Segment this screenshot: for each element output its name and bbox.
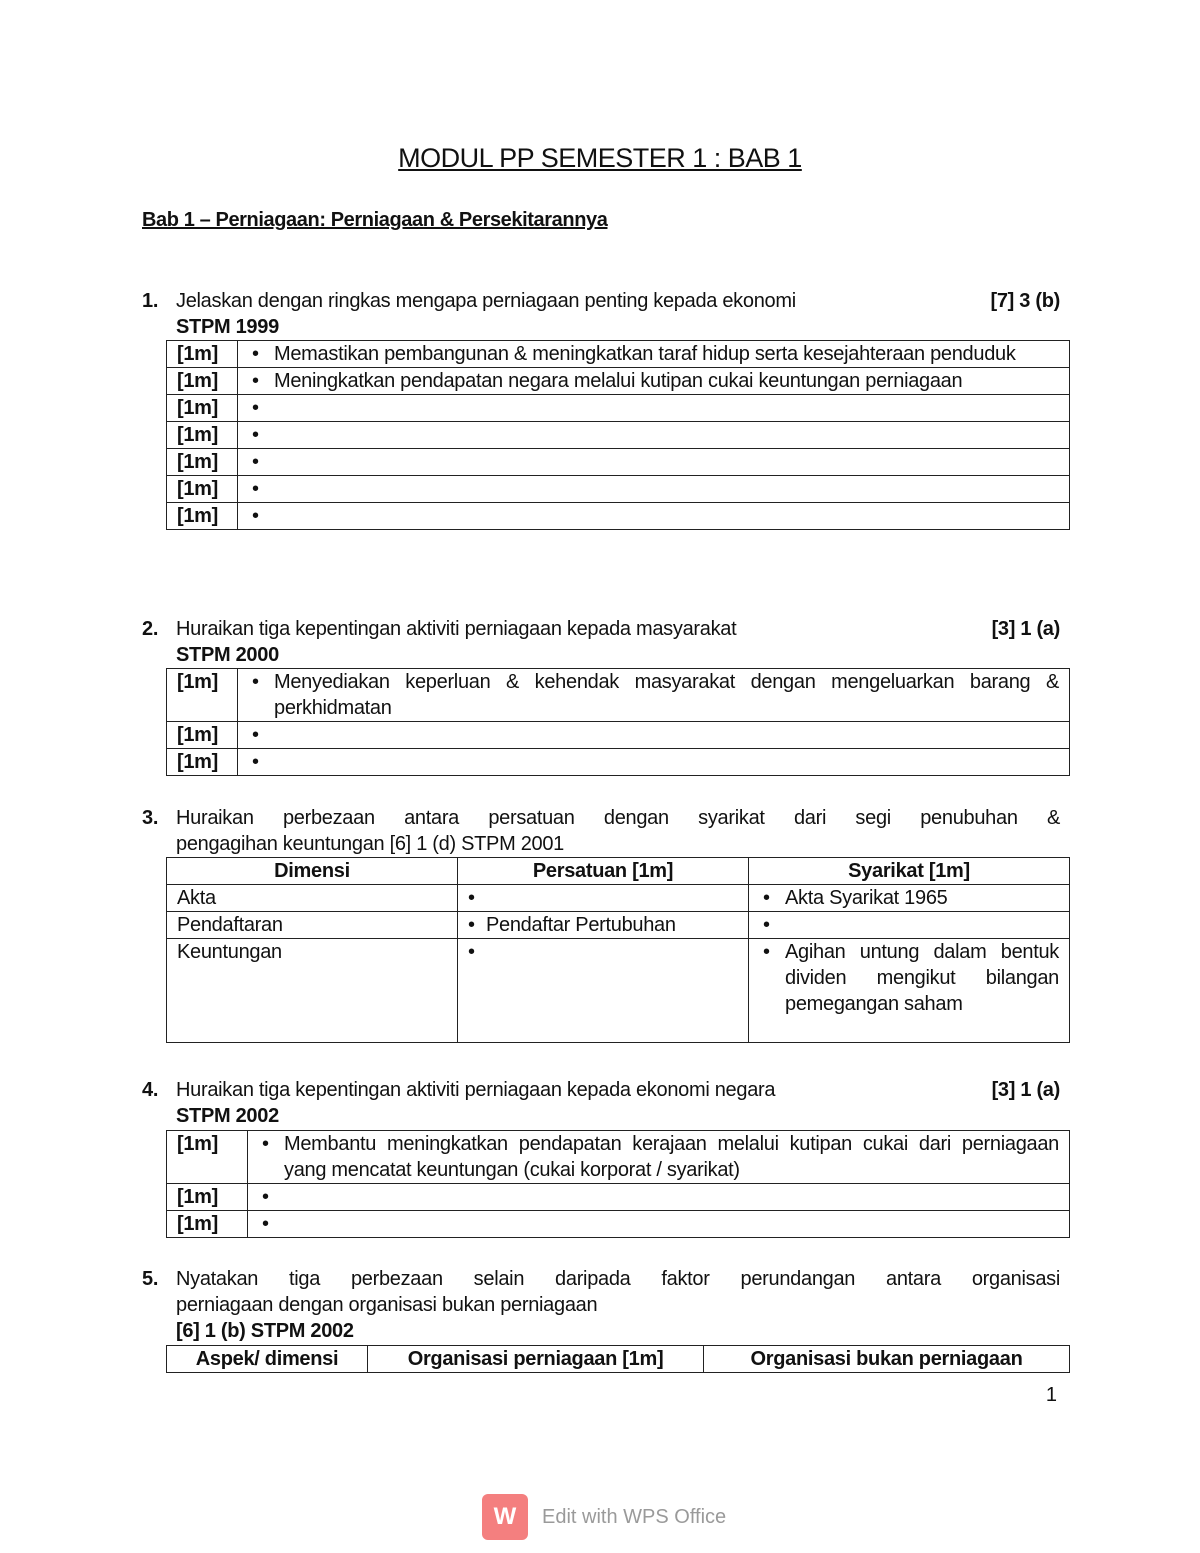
question-text-line2: pengagihan keuntungan [6] 1 (d) STPM 200… [176,831,1060,857]
mark-cell: [1m] [167,1211,248,1238]
question-ref: [7] 3 (b) [990,288,1060,314]
answer-cell: • [238,503,1070,530]
bullet-icon: • [252,749,274,775]
dimension-cell: Pendaftaran [167,912,458,939]
syarikat-cell: • [749,912,1070,939]
document-page: MODUL PP SEMESTER 1 : BAB 1 Bab 1 – Pern… [0,0,1200,1553]
table-row: [1m]•Meningkatkan pendapatan negara mela… [167,368,1070,395]
answer-cell: •Meningkatkan pendapatan negara melalui … [238,368,1070,395]
column-header: Dimensi [167,858,458,885]
table-row: [1m]•Memastikan pembangunan & meningkatk… [167,341,1070,368]
mark-cell: [1m] [167,449,238,476]
table-row: [1m]• [167,422,1070,449]
answer-cell: • [248,1184,1070,1211]
comparison-table-3: DimensiPersatuan [1m]Syarikat [1m]Akta••… [166,857,1070,1043]
table-row: [1m]• [167,449,1070,476]
comparison-table-5: Aspek/ dimensi Organisasi perniagaan [1m… [166,1345,1070,1373]
table-row: [1m]• [167,1184,1070,1211]
bullet-icon: • [252,395,274,421]
mark-cell: [1m] [167,476,238,503]
question-year: STPM 1999 [176,314,1060,340]
question-number: 2. [142,616,158,642]
bullet-icon: • [252,722,274,748]
syarikat-cell: •Agihan untung dalam bentuk dividen meng… [749,939,1070,1043]
bullet-icon: • [252,422,274,448]
question-1: 1. Jelaskan dengan ringkas mengapa perni… [142,288,1060,340]
question-number: 1. [142,288,158,314]
bullet-icon: • [252,503,274,529]
table-row: [1m]• [167,749,1070,776]
answer-cell: •Memastikan pembangunan & meningkatkan t… [238,341,1070,368]
answer-cell: • [238,395,1070,422]
question-3: 3. Huraikan perbezaan antara persatuan d… [142,805,1060,857]
mark-cell: [1m] [167,341,238,368]
answer-table-4: [1m]•Membantu meningkatkan pendapatan ke… [166,1130,1070,1238]
answer-cell: • [248,1211,1070,1238]
document-title: MODUL PP SEMESTER 1 : BAB 1 [0,143,1200,174]
question-text: Huraikan tiga kepentingan aktiviti perni… [176,1077,1060,1103]
bullet-icon: • [252,368,274,394]
table-row: [1m]• [167,395,1070,422]
table-row: [1m]• [167,503,1070,530]
column-header: Persatuan [1m] [458,858,749,885]
question-number: 3. [142,805,158,831]
mark-cell: [1m] [167,1131,248,1184]
mark-cell: [1m] [167,422,238,449]
mark-cell: [1m] [167,503,238,530]
chapter-subtitle: Bab 1 – Perniagaan: Perniagaan & Perseki… [142,209,607,232]
bullet-icon: • [262,1211,284,1237]
question-year: STPM 2000 [176,642,1060,668]
question-2: 2. Huraikan tiga kepentingan aktiviti pe… [142,616,1060,668]
answer-cell: • [238,476,1070,503]
bullet-icon: • [468,912,486,938]
mark-cell: [1m] [167,395,238,422]
answer-cell: • [238,749,1070,776]
answer-cell: • [238,422,1070,449]
question-number: 4. [142,1077,158,1103]
answer-cell: • [238,722,1070,749]
question-year: STPM 2002 [176,1103,1060,1129]
header-organisasi-bukan-perniagaan: Organisasi bukan perniagaan [704,1346,1070,1373]
table-row: [1m]•Menyediakan keperluan & kehendak ma… [167,669,1070,722]
bullet-icon: • [468,939,486,965]
table-row: [1m]• [167,722,1070,749]
wps-logo-icon: W [482,1494,528,1540]
bullet-icon: • [763,885,785,911]
answer-table-2: [1m]•Menyediakan keperluan & kehendak ma… [166,668,1070,776]
question-5: 5. Nyatakan tiga perbezaan selain daripa… [142,1266,1060,1344]
table-row: [1m]• [167,1211,1070,1238]
question-ref: [3] 1 (a) [992,1077,1060,1103]
question-text-line2: perniagaan dengan organisasi bukan perni… [176,1292,1060,1318]
mark-cell: [1m] [167,1184,248,1211]
dimension-cell: Akta [167,885,458,912]
persatuan-cell: • [458,885,749,912]
header-organisasi-perniagaan: Organisasi perniagaan [1m] [368,1346,704,1373]
persatuan-cell: •Pendaftar Pertubuhan [458,912,749,939]
bullet-icon: • [262,1131,284,1157]
column-header: Syarikat [1m] [749,858,1070,885]
question-text: Jelaskan dengan ringkas mengapa perniaga… [176,288,1060,314]
bullet-icon: • [763,939,785,965]
syarikat-cell: •Akta Syarikat 1965 [749,885,1070,912]
header-aspek: Aspek/ dimensi [167,1346,368,1373]
mark-cell: [1m] [167,722,238,749]
table-row: [1m]• [167,476,1070,503]
dimension-cell: Keuntungan [167,939,458,1043]
bullet-icon: • [262,1184,284,1210]
answer-cell: •Menyediakan keperluan & kehendak masyar… [238,669,1070,722]
answer-cell: • [238,449,1070,476]
bullet-icon: • [252,476,274,502]
bullet-icon: • [468,885,486,911]
table-row: [1m]•Membantu meningkatkan pendapatan ke… [167,1131,1070,1184]
bullet-icon: • [252,449,274,475]
question-text-line1: Huraikan perbezaan antara persatuan deng… [176,805,1060,831]
wps-edit-banner[interactable]: W Edit with WPS Office [482,1494,726,1540]
table-row: Pendaftaran•Pendaftar Pertubuhan• [167,912,1070,939]
answer-table-1: [1m]•Memastikan pembangunan & meningkatk… [166,340,1070,530]
question-ref: [3] 1 (a) [992,616,1060,642]
mark-cell: [1m] [167,368,238,395]
question-number: 5. [142,1266,158,1292]
bullet-icon: • [763,912,785,938]
bullet-icon: • [252,341,274,367]
header-row: DimensiPersatuan [1m]Syarikat [1m] [167,858,1070,885]
table-row: Akta••Akta Syarikat 1965 [167,885,1070,912]
question-text-line1: Nyatakan tiga perbezaan selain daripada … [176,1266,1060,1292]
persatuan-cell: • [458,939,749,1043]
mark-cell: [1m] [167,749,238,776]
question-text: Huraikan tiga kepentingan aktiviti perni… [176,616,1060,642]
answer-cell: •Membantu meningkatkan pendapatan keraja… [248,1131,1070,1184]
wps-edit-label[interactable]: Edit with WPS Office [542,1506,726,1529]
bullet-icon: • [252,669,274,695]
question-ref: [6] 1 (b) STPM 2002 [176,1318,1060,1344]
question-4: 4. Huraikan tiga kepentingan aktiviti pe… [142,1077,1060,1129]
table-row: Keuntungan••Agihan untung dalam bentuk d… [167,939,1070,1043]
page-number: 1 [1046,1384,1057,1407]
mark-cell: [1m] [167,669,238,722]
